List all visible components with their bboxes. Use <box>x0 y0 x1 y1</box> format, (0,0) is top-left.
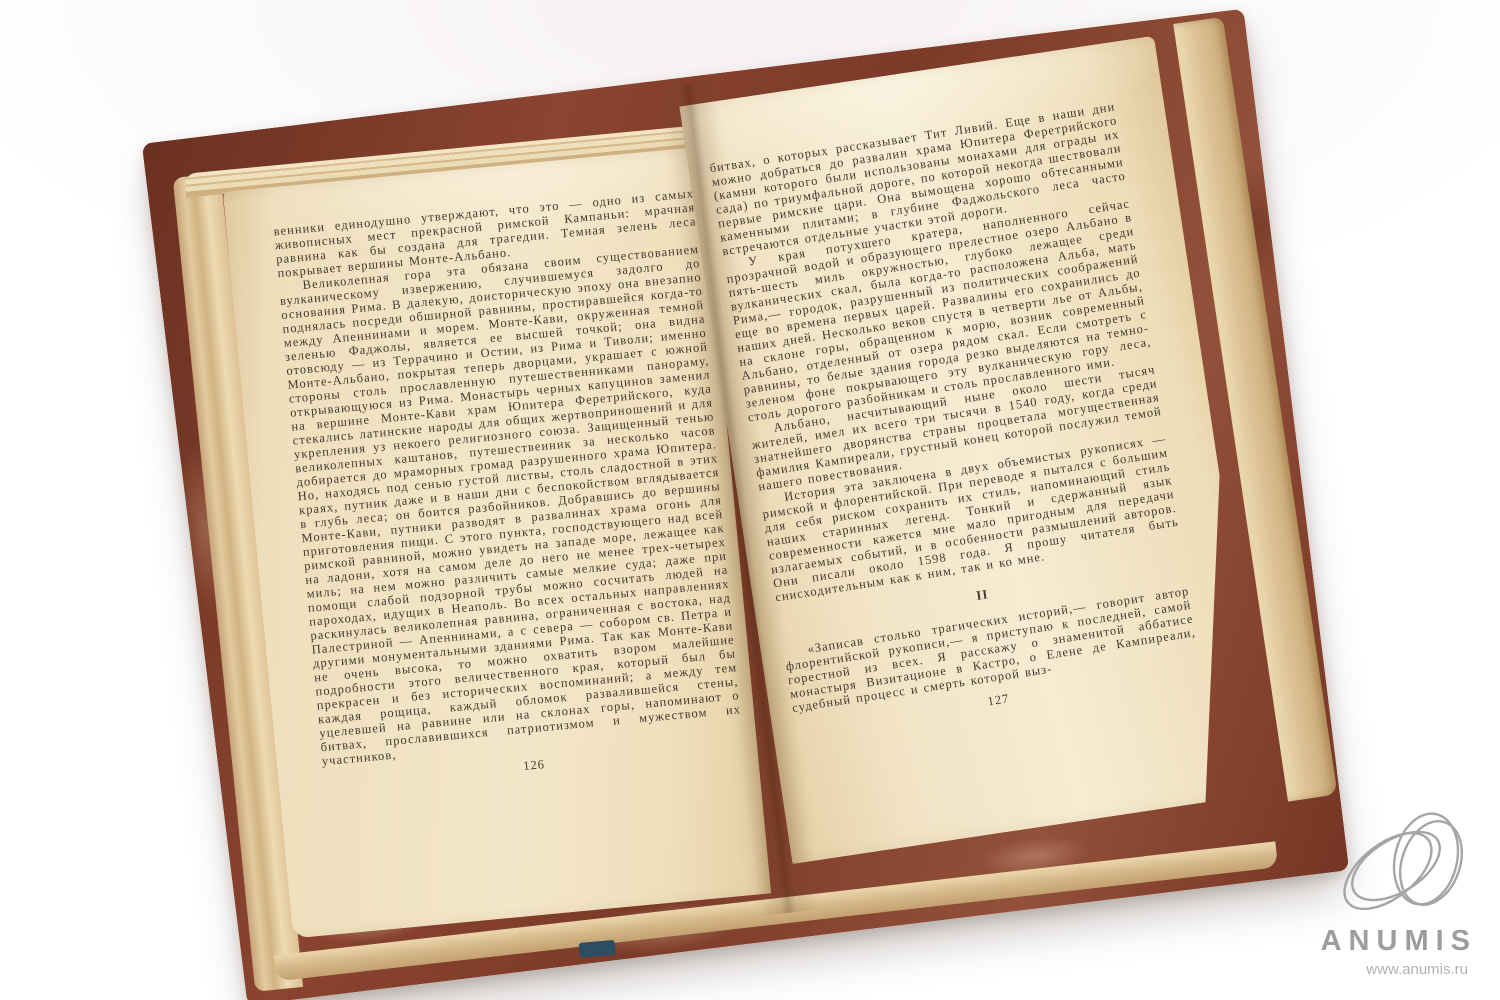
watermark-url: www.anumis.ru <box>1250 961 1468 978</box>
book-page-left: венники единодушно утверждают, что это —… <box>223 147 771 939</box>
open-book: венники единодушно утверждают, что это —… <box>179 25 1311 966</box>
anumis-logo-icon <box>1336 807 1468 921</box>
bookmark-sliver <box>579 940 616 958</box>
watermark: ANUMIS www.anumis.ru <box>1250 807 1470 978</box>
watermark-brand: ANUMIS <box>1250 927 1477 956</box>
page-text-left: венники единодушно утверждают, что это —… <box>273 186 745 791</box>
paragraph: Великолепная гора эта обязана своим суще… <box>278 242 743 768</box>
photo-background: венники единодушно утверждают, что это —… <box>0 0 1500 1000</box>
page-text-right: битвах, о которых рассказывает Тит Ливий… <box>709 99 1202 737</box>
